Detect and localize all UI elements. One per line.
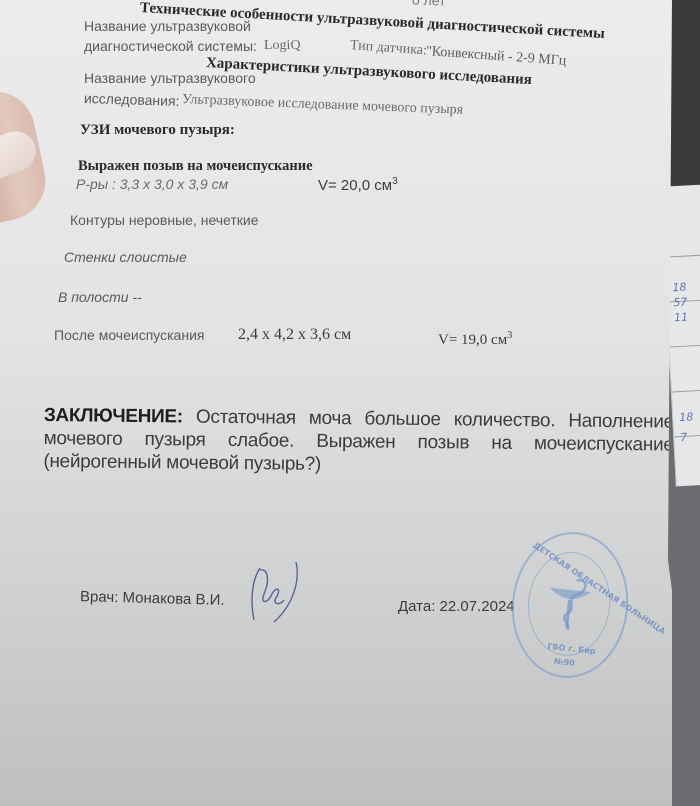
handwritten-mark: 18 — [679, 410, 694, 424]
size-before-value: Р-ры : 3,3 х 3,0 х 3,9 см — [76, 176, 228, 192]
hospital-stamp: ДЕТСКАЯ ОБЛАСТНАЯ БОЛЬНИЦА ГБО г. Бир №9… — [505, 526, 636, 683]
doctor-name: Врач: Монакова В.И. — [80, 588, 225, 609]
probe-type-label: Тип датчика: — [349, 38, 427, 59]
volume-after: V= 19,0 см3 — [438, 330, 512, 349]
ultrasound-report-paper: о лет Технические особенности ультразвук… — [0, 0, 672, 806]
table-line — [670, 343, 700, 347]
urge-heading: Выражен позыв на мочеиспускание — [78, 158, 313, 175]
size-after-value: 2,4 х 4,2 х 3,6 см — [238, 326, 351, 344]
volume-after-text: V= 19,0 см — [438, 332, 507, 348]
handwritten-mark: 7 — [680, 431, 688, 444]
walls-text: Стенки слоистые — [64, 249, 187, 265]
exam-name-label: Название ультразвукового — [84, 70, 256, 86]
after-void-label: После мочеиспускания — [54, 327, 204, 343]
system-name-value: LogiQ — [264, 38, 301, 54]
uzi-heading-text: УЗИ мочевого пузыря: — [80, 122, 235, 138]
probe-type-value: "Конвексный - 2-9 МГц — [425, 44, 566, 70]
system-name-label-2: диагностической системы: — [84, 38, 257, 54]
cavity-text: В полости -- — [58, 289, 142, 305]
report-date: Дата: 22.07.2024 — [398, 598, 515, 615]
volume-before-text: V= 20,0 см — [318, 177, 392, 194]
handwritten-mark: 11 — [674, 311, 689, 325]
conclusion-heading: ЗАКЛЮЧЕНИЕ: — [44, 405, 183, 427]
bowl-of-hygieia-icon — [541, 571, 597, 636]
top-partial-text: о лет — [412, 0, 446, 9]
system-name-label: Название ультразвуковой — [84, 18, 251, 34]
exam-name-label-2: исследования: — [84, 90, 180, 109]
handwritten-mark: 18 — [672, 281, 687, 295]
contours-text: Контуры неровные, нечеткие — [70, 212, 259, 228]
volume-before-exponent: 3 — [392, 176, 398, 187]
table-line — [672, 388, 700, 392]
doctor-signature — [246, 560, 306, 630]
stamp-number: №90 — [554, 657, 576, 668]
volume-before: V= 20,0 см3 — [318, 176, 398, 194]
uzi-heading: УЗИ мочевого пузыря: — [80, 122, 235, 139]
exam-name-value: Ультразвуковое исследование мочевого пуз… — [182, 92, 464, 119]
conclusion-paragraph: ЗАКЛЮЧЕНИЕ: Остаточная моча большое коли… — [43, 404, 674, 480]
handwritten-mark: 57 — [673, 296, 688, 310]
volume-after-exponent: 3 — [507, 330, 512, 341]
